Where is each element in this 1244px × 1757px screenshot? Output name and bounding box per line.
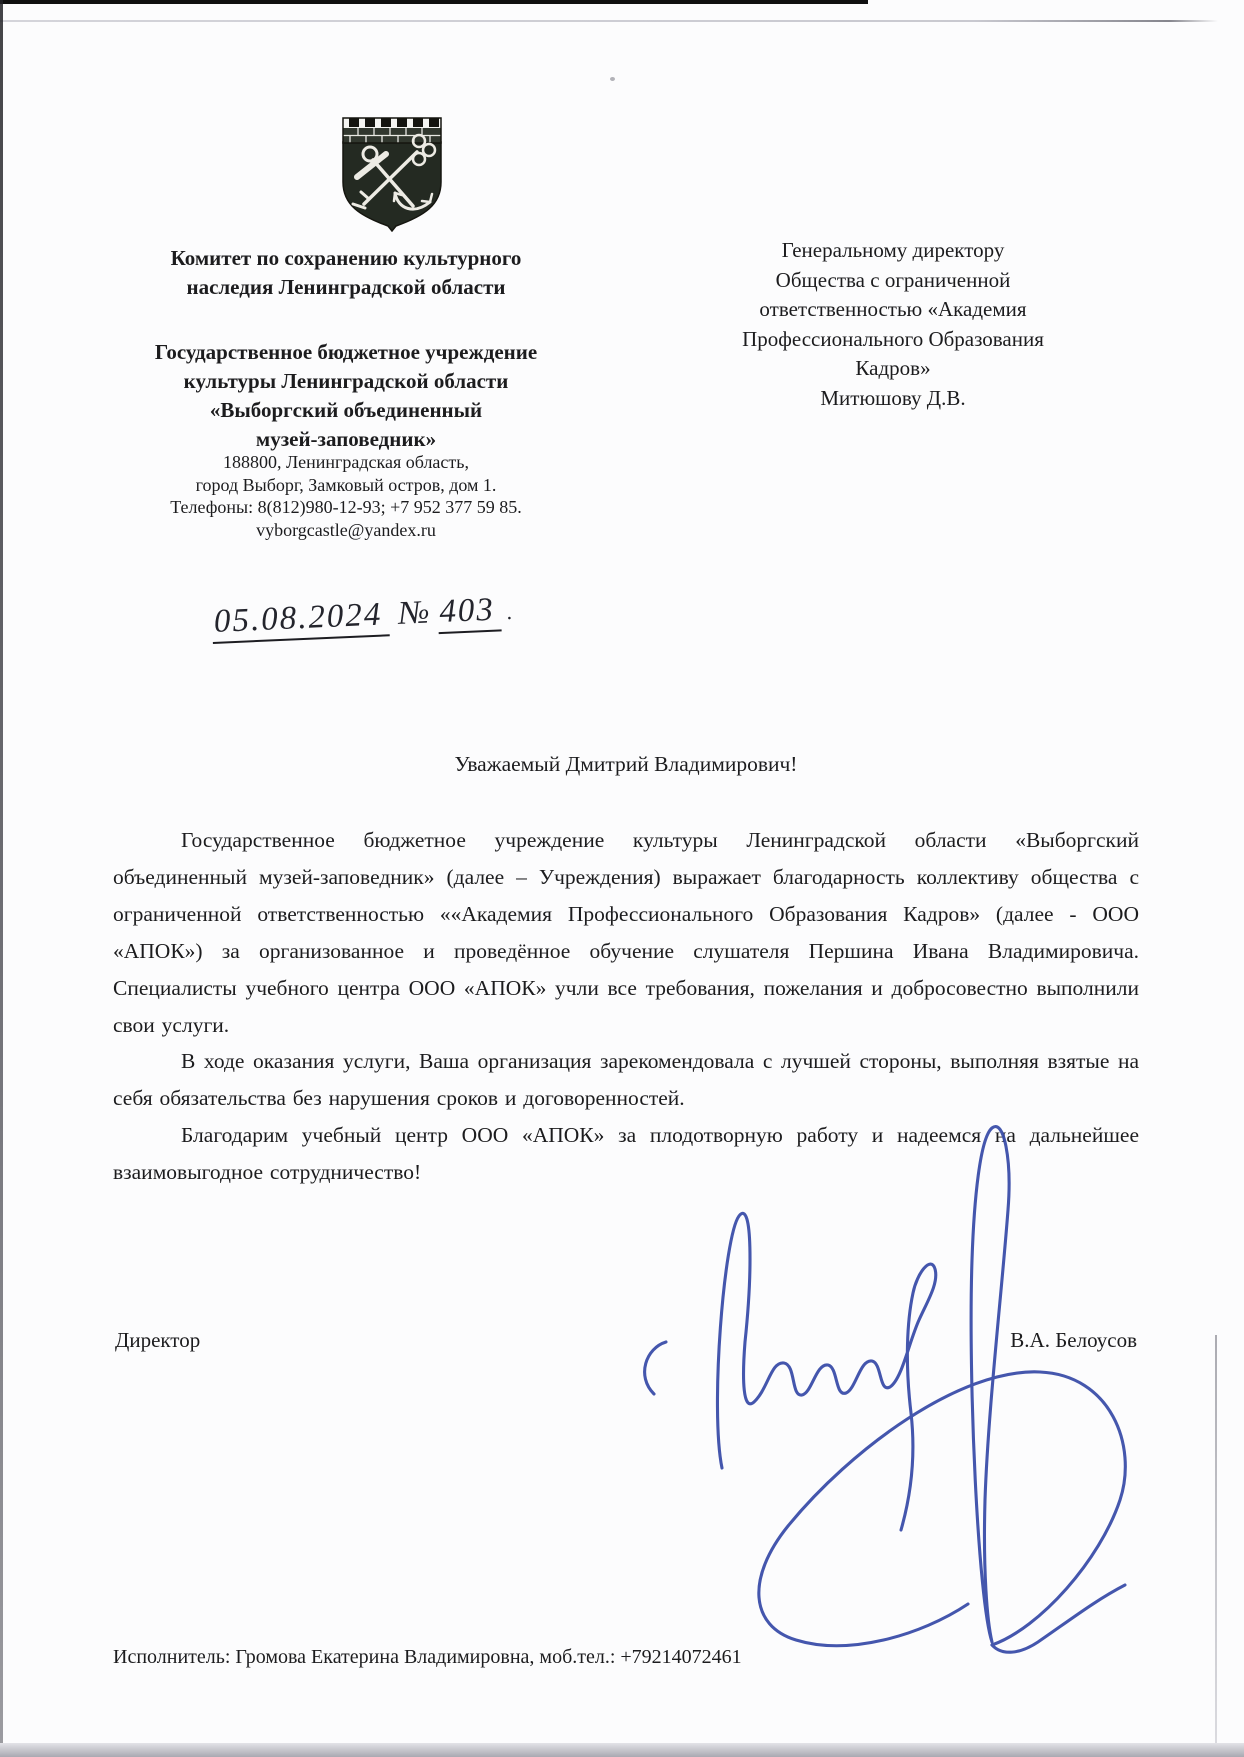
sender-institution: Государственное бюджетное учреждение кул… bbox=[110, 338, 582, 454]
executor-line: Исполнитель: Громова Екатерина Владимиро… bbox=[113, 1646, 742, 1669]
number-sign: № bbox=[398, 594, 433, 631]
scanned-letter-page: Комитет по сохранению культурного наслед… bbox=[0, 0, 1244, 1757]
sender-committee: Комитет по сохранению культурного наслед… bbox=[110, 244, 582, 302]
reference-line: 05.08.2024№403. bbox=[211, 591, 515, 641]
body-paragraph: Благодарим учебный центр ООО «АПОК» за п… bbox=[113, 1117, 1139, 1191]
signer-name: В.А. Белоусов bbox=[113, 1328, 1137, 1353]
scan-edge-bottom bbox=[0, 1743, 1244, 1757]
reference-number: 403 bbox=[437, 591, 502, 634]
scan-edge-left bbox=[0, 0, 3, 1745]
body-paragraph: В ходе оказания услуги, Ваша организация… bbox=[113, 1043, 1139, 1117]
sender-address: 188800, Ленинградская область, город Выб… bbox=[110, 451, 582, 541]
reference-suffix: . bbox=[506, 599, 515, 624]
letter-body: Государственное бюджетное учреждение кул… bbox=[113, 822, 1139, 1191]
scan-fold-line bbox=[0, 20, 1218, 22]
recipient-block: Генеральному директору Общества с ограни… bbox=[648, 236, 1138, 413]
body-paragraph: Государственное бюджетное учреждение кул… bbox=[113, 822, 1139, 1043]
reference-date: 05.08.2024 bbox=[211, 596, 389, 644]
scan-edge-top bbox=[0, 0, 868, 4]
scan-artifact-dot bbox=[610, 77, 615, 81]
coat-of-arms-icon bbox=[340, 116, 444, 232]
salutation: Уважаемый Дмитрий Владимирович! bbox=[113, 752, 1139, 777]
scan-edge-right bbox=[1215, 1335, 1217, 1745]
